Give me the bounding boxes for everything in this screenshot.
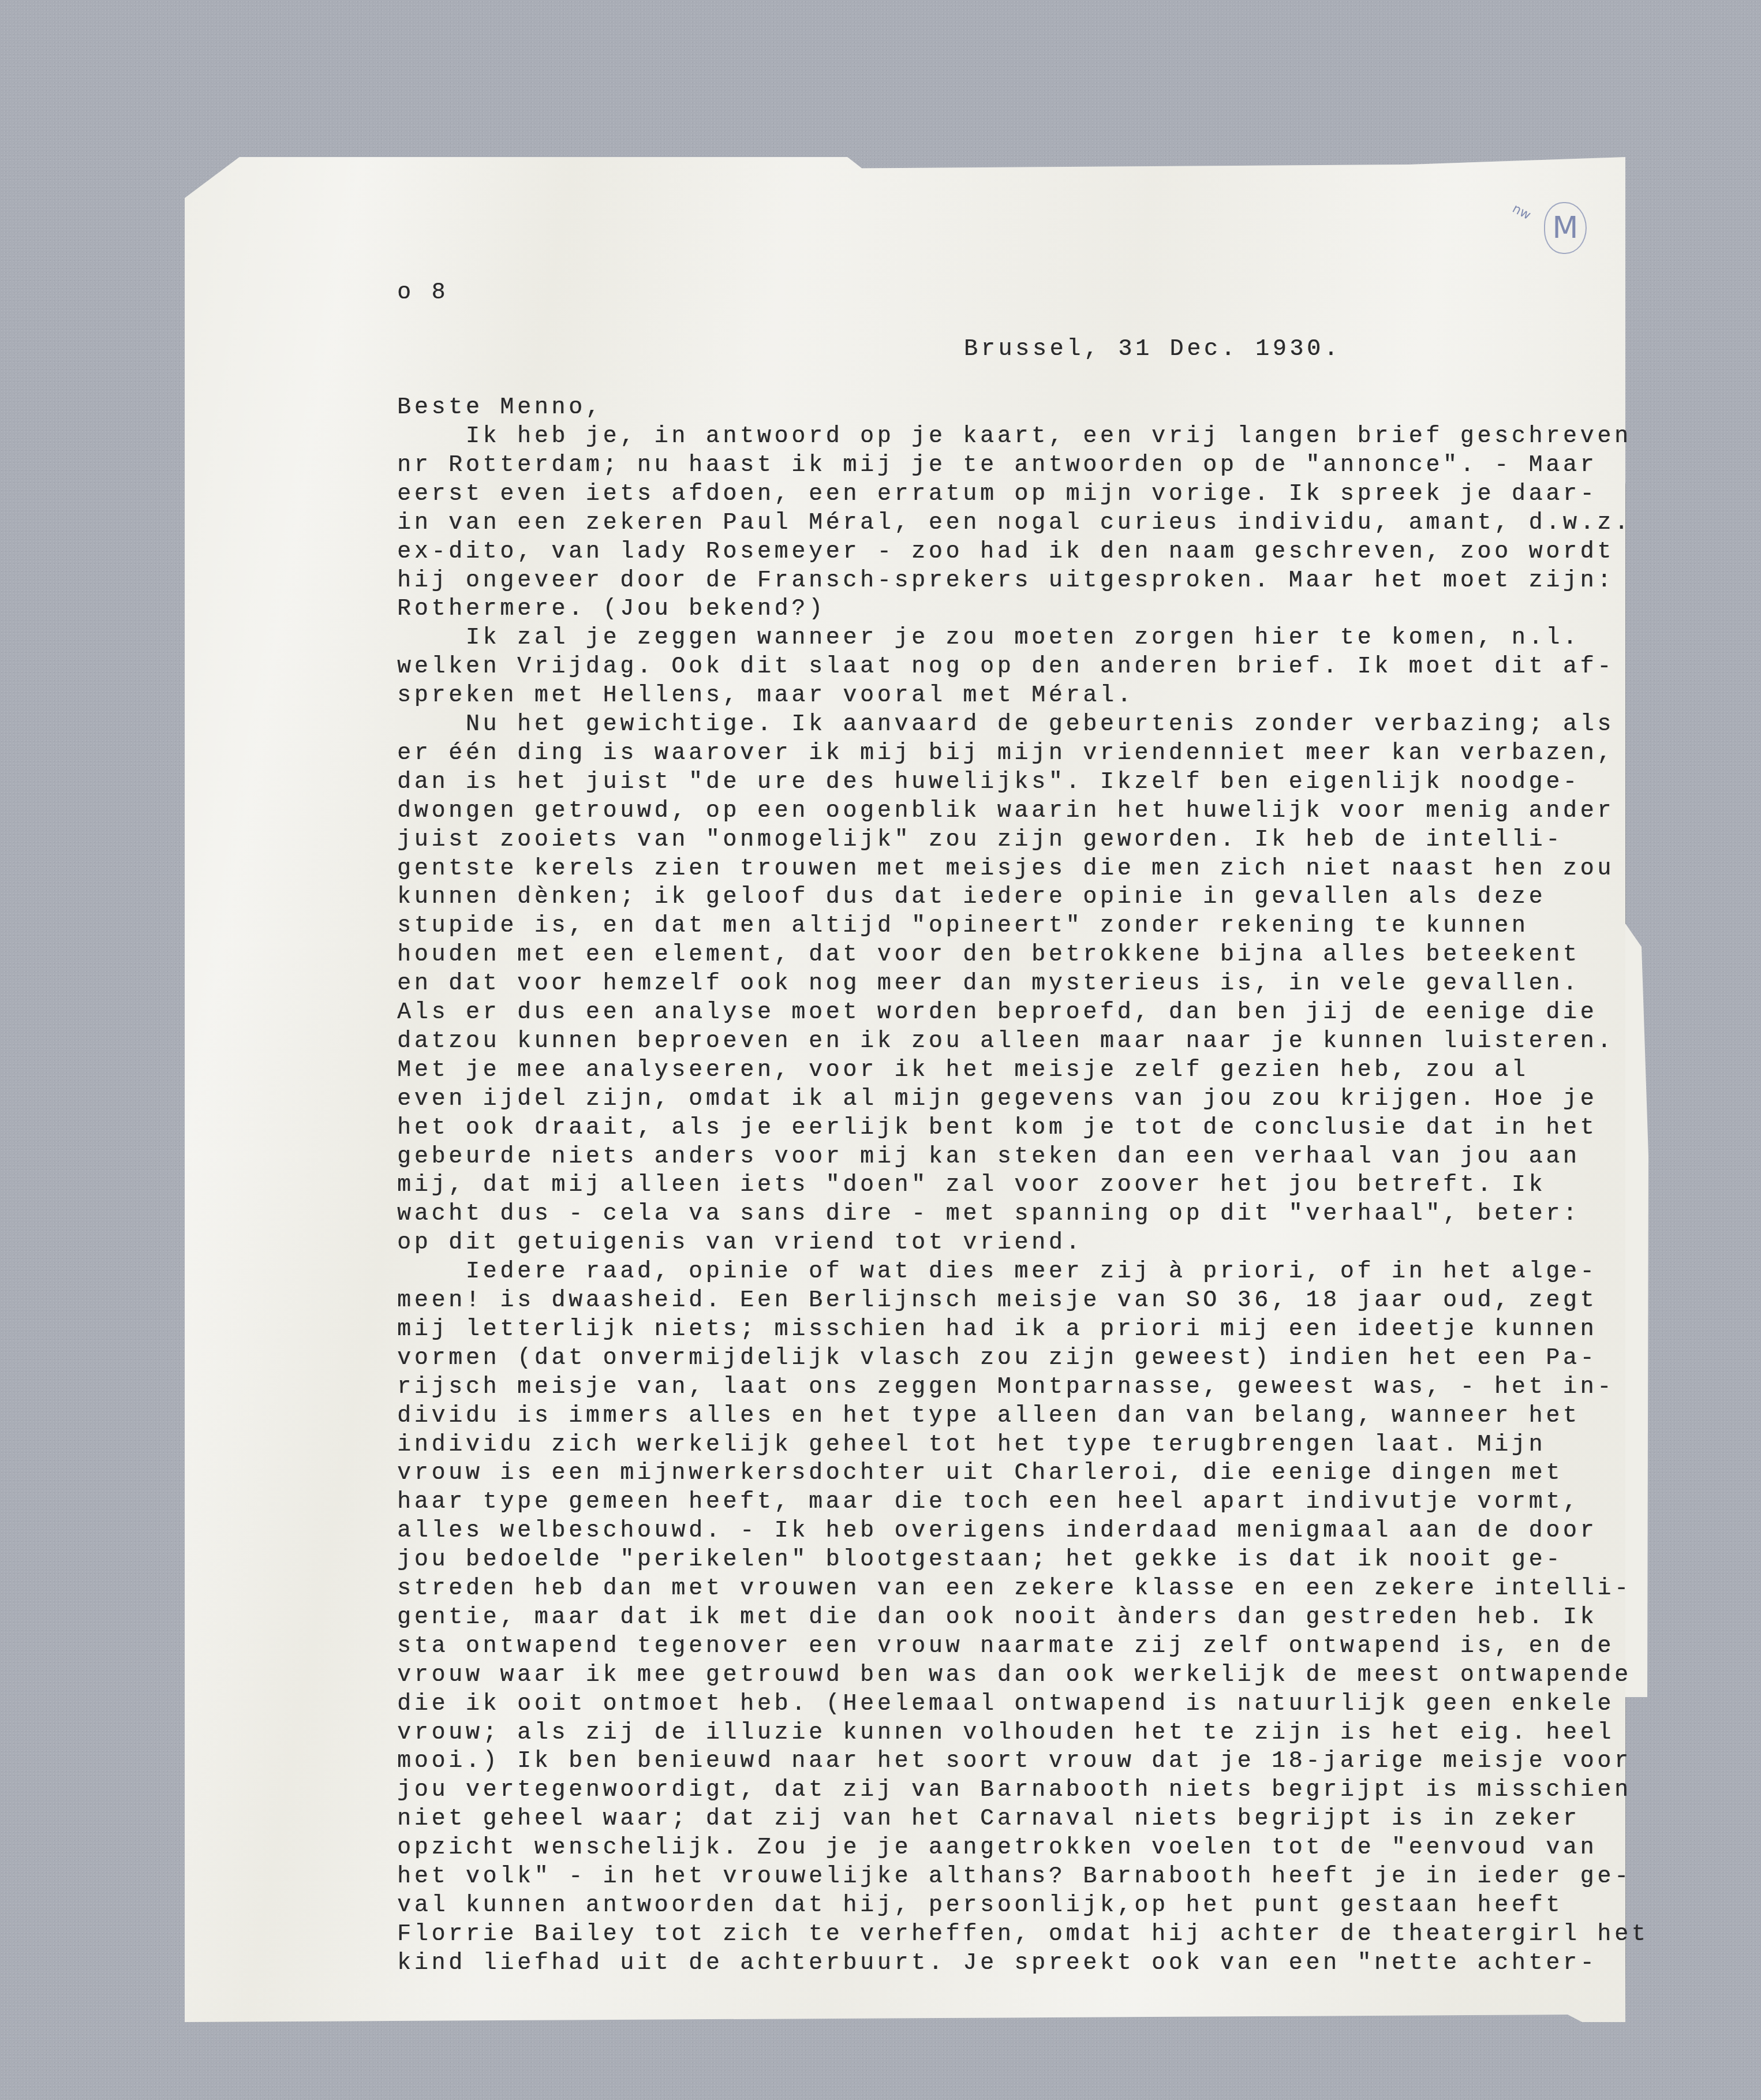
letter-line: opzicht wenschelijk. Zou je je aangetrok… bbox=[397, 1837, 1597, 1860]
letter-line: wacht dus - cela va sans dire - met span… bbox=[397, 1203, 1580, 1226]
letter-line: gentste kerels zien trouwen met meisjes … bbox=[397, 858, 1614, 881]
letter-line: val kunnen antwoorden dat hij, persoonli… bbox=[397, 1895, 1563, 1918]
letter-line: jou vertegenwoordigt, dat zij van Barnab… bbox=[397, 1779, 1632, 1802]
letter-line: dividu is immers alles en het type allee… bbox=[397, 1405, 1580, 1428]
letter-line: Florrie Bailey tot zich te verheffen, om… bbox=[397, 1923, 1648, 1946]
letter-line: stupide is, en dat men altijd "opineert"… bbox=[397, 915, 1528, 938]
letter-line: Ik zal je zeggen wanneer je zou moeten z… bbox=[397, 627, 1580, 650]
letter-line: rijsch meisje van, laat ons zeggen Montp… bbox=[397, 1376, 1614, 1399]
letter-line: meen! is dwaasheid. Een Berlijnsch meisj… bbox=[397, 1290, 1597, 1313]
letter-line: vrouw; als zij de illuzie kunnen volhoud… bbox=[397, 1722, 1614, 1745]
letter-line: er één ding is waarover ik mij bij mijn … bbox=[397, 742, 1614, 765]
place-date: Brussel, 31 Dec. 1930. bbox=[964, 338, 1341, 361]
letter-line: spreken met Hellens, maar vooral met Mér… bbox=[397, 685, 1134, 708]
letter-line: juist zooiets van "onmogelijk" zou zijn … bbox=[397, 829, 1563, 852]
letter-line: vrouw waar ik mee getrouwd ben was dan o… bbox=[397, 1664, 1632, 1687]
letter-line: houden met een element, dat voor den bet… bbox=[397, 944, 1580, 967]
letter-line: dan is het juist "de ure des huwelijks".… bbox=[397, 771, 1580, 794]
letter-line: haar type gemeen heeft, maar die toch ee… bbox=[397, 1491, 1580, 1514]
letter-line: op dit getuigenis van vriend tot vriend. bbox=[397, 1232, 1083, 1255]
letter-line: die ik ooit ontmoet heb. (Heelemaal ontw… bbox=[397, 1693, 1614, 1716]
letter-line: kind liefhad uit de achterbuurt. Je spre… bbox=[397, 1952, 1597, 1975]
letter-line: gebeurde niets anders voor mij kan steke… bbox=[397, 1146, 1580, 1169]
letter-line: welken Vrijdag. Ook dit slaat nog op den… bbox=[397, 656, 1614, 679]
letter-line: vrouw is een mijnwerkersdochter uit Char… bbox=[397, 1462, 1563, 1485]
letter-line: het ook draait, als je eerlijk bent kom … bbox=[397, 1117, 1597, 1140]
annotation-circled-letter: M bbox=[1544, 202, 1587, 254]
letter-line: eerst even iets afdoen, een erratum op m… bbox=[397, 483, 1597, 506]
letter-line: Ik heb je, in antwoord op je kaart, een … bbox=[397, 425, 1632, 449]
letter-line: even ijdel zijn, omdat ik al mijn gegeve… bbox=[397, 1088, 1597, 1111]
letter-line: Nu het gewichtige. Ik aanvaard de gebeur… bbox=[397, 713, 1614, 737]
letter-line: het volk" - in het vrouwelijke althans? … bbox=[397, 1866, 1632, 1889]
letter-line: vormen (dat onvermijdelijk vlasch zou zi… bbox=[397, 1347, 1597, 1370]
letter-line: en dat voor hemzelf ook nog meer dan mys… bbox=[397, 973, 1580, 996]
letter-line: datzou kunnen beproeven en ik zou alleen… bbox=[397, 1030, 1614, 1053]
letter-line: in van een zekeren Paul Méral, een nogal… bbox=[397, 512, 1632, 535]
header-mark: o 8 bbox=[397, 282, 448, 305]
letter-line: kunnen dènken; ik geloof dus dat iedere … bbox=[397, 886, 1546, 909]
salutation: Beste Menno, bbox=[397, 397, 603, 420]
letter-line: niet geheel waar; dat zij van het Carnav… bbox=[397, 1808, 1580, 1831]
letter-line: ex-dito, van lady Rosemeyer - zoo had ik… bbox=[397, 541, 1614, 564]
letter-line: mooi.) Ik ben benieuwd naar het soort vr… bbox=[397, 1750, 1632, 1773]
letter-line: mij letterlijk niets; misschien had ik a… bbox=[397, 1318, 1597, 1342]
letter-line: dwongen getrouwd, op een oogenblik waari… bbox=[397, 800, 1614, 823]
letter-line: Als er dus een analyse moet worden bepro… bbox=[397, 1002, 1597, 1025]
letter-line: Met je mee analyseeren, voor ik het meis… bbox=[397, 1059, 1528, 1082]
letter-line: Iedere raad, opinie of wat dies meer zij… bbox=[397, 1261, 1597, 1284]
letter-line: hij ongeveer door de Fransch-sprekers ui… bbox=[397, 570, 1614, 593]
letter-line: gentie, maar dat ik met die dan ook nooi… bbox=[397, 1606, 1597, 1630]
letter-line: mij, dat mij alleen iets "doen" zal voor… bbox=[397, 1174, 1546, 1197]
letter-line: streden heb dan met vrouwen van een zeke… bbox=[397, 1578, 1632, 1601]
letter-line: sta ontwapend tegenover een vrouw naarma… bbox=[397, 1635, 1614, 1658]
letter-line: individu zich werkelijk geheel tot het t… bbox=[397, 1434, 1546, 1457]
letter-line: nr Rotterdam; nu haast ik mij je te antw… bbox=[397, 454, 1597, 477]
letter-line: alles welbeschouwd. - Ik heb overigens i… bbox=[397, 1520, 1597, 1543]
letter-line: jou bedoelde "perikelen" blootgestaan; h… bbox=[397, 1549, 1563, 1572]
letter-line: Rothermere. (Jou bekend?) bbox=[397, 598, 826, 621]
